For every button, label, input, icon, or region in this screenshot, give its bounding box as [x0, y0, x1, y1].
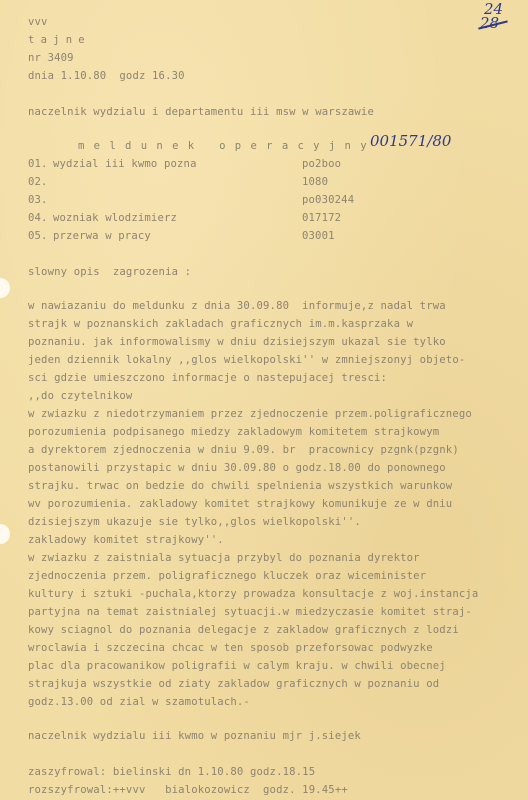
body-line: w zwiazku z zaistniala sytuacja przybyl … — [28, 550, 420, 567]
classification: tajne — [28, 32, 91, 49]
body-line: porozumienia podpisanego miedzy zakladow… — [28, 424, 439, 441]
punch-hole — [0, 278, 10, 298]
addressee: naczelnik wydzialu i departamentu iii ms… — [28, 104, 374, 121]
field-label: wydzial iii kwmo pozna — [53, 156, 197, 173]
body-line: postanowili przystapic w dniu 30.09.80 o… — [28, 460, 446, 477]
field-number: 03. — [28, 192, 48, 209]
body-line: dzisiejszym ukazuje sie tylko,,glos wiel… — [28, 514, 361, 531]
field-label: przerwa w pracy — [53, 228, 151, 245]
body-line: strajkuja wszystkie od ziaty zakladow gr… — [28, 676, 439, 693]
field-code: 1080 — [302, 174, 328, 191]
field-code: po2boo — [302, 156, 341, 173]
body-line: plac dla pracowanikow poligrafii w calym… — [28, 658, 446, 675]
document-page: 24 28 vvv tajne nr 3409 dnia 1.10.80 god… — [0, 0, 528, 800]
registry-number: 001571/80 — [370, 132, 451, 150]
signature-line: naczelnik wydzialu iii kwmo w poznaniu m… — [28, 728, 361, 745]
field-code: po030244 — [302, 192, 354, 209]
field-label: wozniak wlodzimierz — [53, 210, 177, 227]
body-line: strajk w poznanskich zakladach graficzny… — [28, 316, 413, 333]
body-line: sci gdzie umieszczono informacje o naste… — [28, 370, 387, 387]
field-row: 01. wydzial iii kwmo pozna po2boo — [28, 156, 508, 173]
header-line-vvv: vvv — [28, 14, 48, 31]
field-number: 04. — [28, 210, 48, 227]
body-line: zakladowy komitet strajkowy''. — [28, 532, 224, 549]
body-line: ,,do czytelnikow — [28, 388, 132, 405]
body-line: wv porozumienia. zakladowy komitet straj… — [28, 496, 452, 513]
field-row: 03. po030244 — [28, 192, 508, 209]
report-title: meldunek operacyjny — [78, 138, 376, 155]
field-code: 03001 — [302, 228, 335, 245]
field-row: 02. 1080 — [28, 174, 508, 191]
field-row: 05. przerwa w pracy 03001 — [28, 228, 508, 245]
body-line: godz.13.00 od zial w szamotulach.- — [28, 694, 250, 711]
decrypted-by: rozszyfrowal:++vvv bialokozowicz godz. 1… — [28, 782, 348, 799]
body-line: wroclawia i szczecina chcac w ten sposob… — [28, 640, 433, 657]
body-line: a dyrektorem zjednoczenia w dniu 9.09. b… — [28, 442, 459, 459]
body-line: zjednoczenia przem. poligraficznego kluc… — [28, 568, 426, 585]
document-number: nr 3409 — [28, 50, 74, 67]
encrypted-by: zaszyfrowal: bielinski dn 1.10.80 godz.1… — [28, 764, 315, 781]
section-heading: slowny opis zagrozenia : — [28, 264, 191, 281]
body-line: partyjna na temat zaistnialej sytuacji.w… — [28, 604, 472, 621]
field-row: 04. wozniak wlodzimierz 017172 — [28, 210, 508, 227]
field-code: 017172 — [302, 210, 341, 227]
punch-hole — [0, 524, 10, 544]
body-line: w zwiazku z niedotrzymaniem przez zjedno… — [28, 406, 472, 423]
body-line: kultury i sztuki -puchala,ktorzy prowadz… — [28, 586, 478, 603]
date-time: dnia 1.10.80 godz 16.30 — [28, 68, 185, 85]
body-line: strajku. trwac on bedzie do chwili speln… — [28, 478, 452, 495]
body-line: kowy sciagnol do poznania delegacje z za… — [28, 622, 459, 639]
body-line: w nawiazaniu do meldunku z dnia 30.09.80… — [28, 298, 446, 315]
body-line: poznaniu. jak informowalismy w dniu dzis… — [28, 334, 446, 351]
field-number: 02. — [28, 174, 48, 191]
field-number: 05. — [28, 228, 48, 245]
body-line: jeden dziennik lokalny ,,glos wielkopols… — [28, 352, 465, 369]
field-number: 01. — [28, 156, 48, 173]
